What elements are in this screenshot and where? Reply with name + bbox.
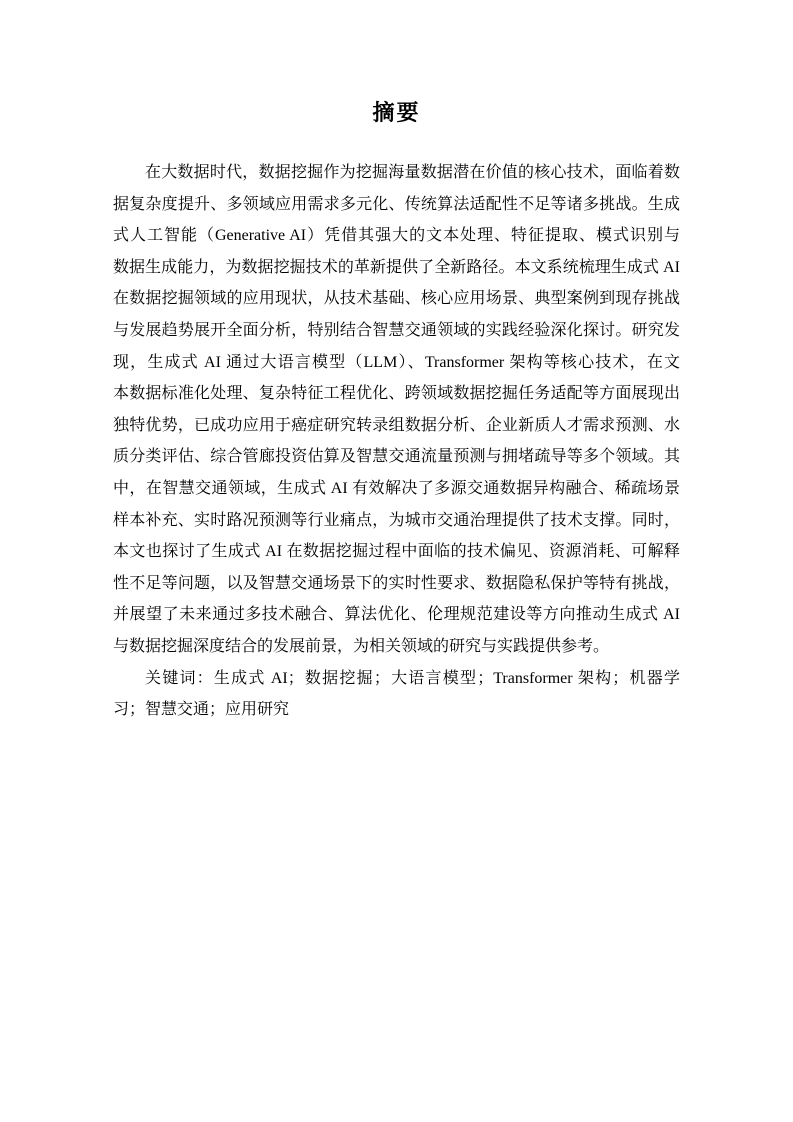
text-line: 质分类评估、综合管廊投资估算及智慧交通流量预测与拥堵疏导等多个领域。其 (113, 441, 680, 473)
text-line: 据复杂度提升、多领域应用需求多元化、传统算法适配性不足等诸多挑战。生成 (113, 189, 680, 221)
text-line: 性不足等问题，以及智慧交通场景下的实时性要求、数据隐私保护等特有挑战， (113, 568, 680, 600)
text-line: 关键词：生成式 AI；数据挖掘；大语言模型；Transformer 架构；机器学 (113, 663, 680, 695)
text-line: 现，生成式 AI 通过大语言模型（LLM）、Transformer 架构等核心技… (113, 347, 680, 379)
text-line: 数据生成能力，为数据挖掘技术的革新提供了全新路径。本文系统梳理生成式 AI (113, 252, 680, 284)
text-line: 与发展趋势展开全面分析，特别结合智慧交通领域的实践经验深化探讨。研究发 (113, 315, 680, 347)
abstract-body-paragraph: 在大数据时代，数据挖掘作为挖掘海量数据潜在价值的核心技术，面临着数据复杂度提升、… (113, 157, 680, 663)
text-line: 样本补充、实时路况预测等行业痛点，为城市交通治理提供了技术支撑。同时， (113, 505, 680, 537)
text-line: 式人工智能（Generative AI）凭借其强大的文本处理、特征提取、模式识别… (113, 220, 680, 252)
keywords-paragraph: 关键词：生成式 AI；数据挖掘；大语言模型；Transformer 架构；机器学… (113, 663, 680, 726)
text-line: 本文也探讨了生成式 AI 在数据挖掘过程中面临的技术偏见、资源消耗、可解释 (113, 536, 680, 568)
text-line: 在数据挖掘领域的应用现状，从技术基础、核心应用场景、典型案例到现存挑战 (113, 283, 680, 315)
text-line: 中，在智慧交通领域，生成式 AI 有效解决了多源交通数据异构融合、稀疏场景 (113, 473, 680, 505)
document-page: 摘要 在大数据时代，数据挖掘作为挖掘海量数据潜在价值的核心技术，面临着数据复杂度… (0, 0, 793, 1122)
text-line: 并展望了未来通过多技术融合、算法优化、伦理规范建设等方向推动生成式 AI (113, 599, 680, 631)
text-line: 本数据标准化处理、复杂特征工程优化、跨领域数据挖掘任务适配等方面展现出 (113, 378, 680, 410)
text-line: 独特优势，已成功应用于癌症研究转录组数据分析、企业新质人才需求预测、水 (113, 410, 680, 442)
text-line: 与数据挖掘深度结合的发展前景，为相关领域的研究与实践提供参考。 (113, 631, 680, 663)
text-line: 习；智慧交通；应用研究 (113, 694, 680, 726)
text-line: 在大数据时代，数据挖掘作为挖掘海量数据潜在价值的核心技术，面临着数 (113, 157, 680, 189)
abstract-title: 摘要 (113, 95, 680, 131)
